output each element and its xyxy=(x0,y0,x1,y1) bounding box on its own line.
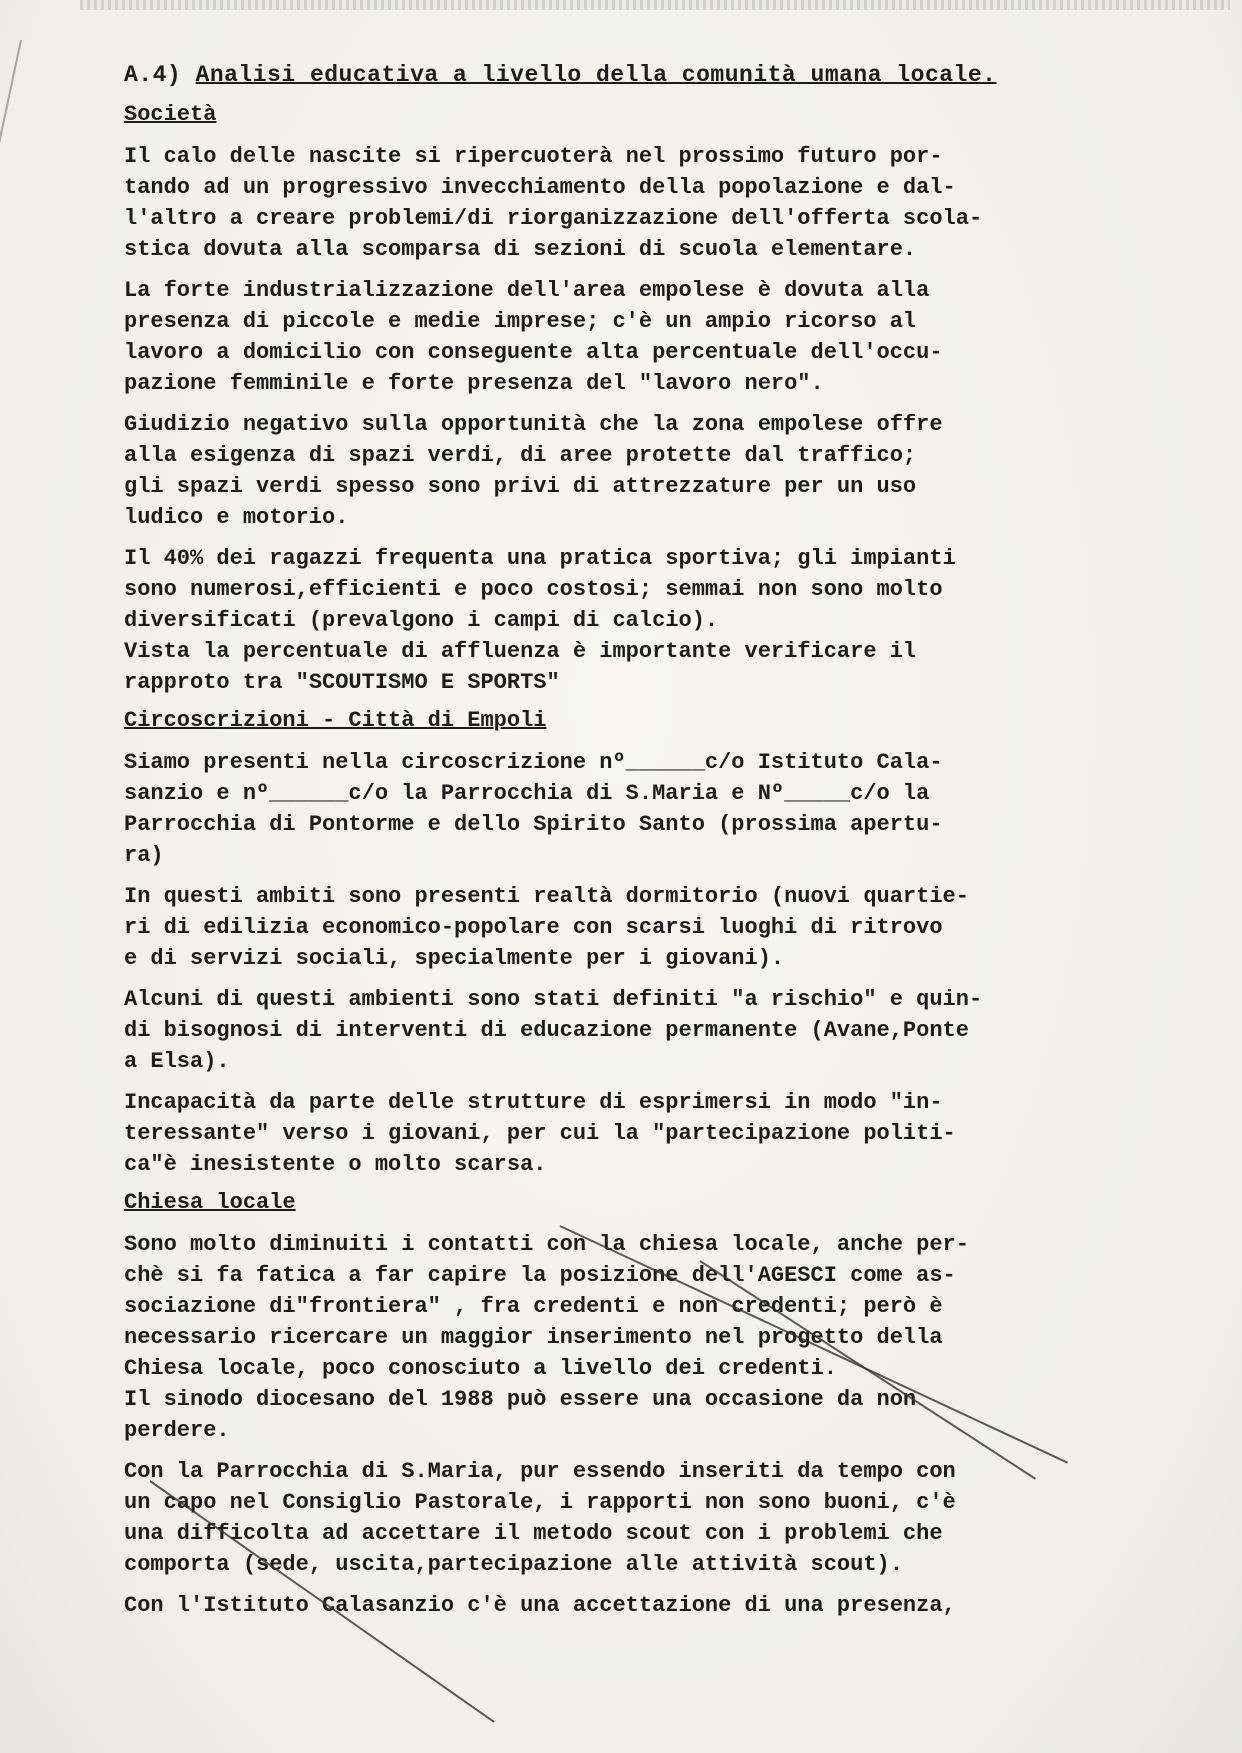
paragraph: In questi ambiti sono presenti realtà do… xyxy=(124,881,1120,974)
paragraph: Alcuni di questi ambienti sono stati def… xyxy=(124,984,1120,1077)
paragraph: Incapacità da parte delle strutture di e… xyxy=(124,1087,1120,1180)
scan-edge xyxy=(80,0,1230,10)
paragraph: Con la Parrocchia di S.Maria, pur essend… xyxy=(124,1456,1120,1580)
section-societa: Società Il calo delle nascite si ripercu… xyxy=(120,102,1120,698)
paragraph: La forte industrializzazione dell'area e… xyxy=(124,275,1120,399)
section-heading: Circoscrizioni - Città di Empoli xyxy=(124,708,546,733)
paragraph: Con l'Istituto Calasanzio c'è una accett… xyxy=(124,1590,1120,1621)
page-title: A.4) Analisi educativa a livello della c… xyxy=(124,62,1120,88)
paragraph: Il calo delle nascite si ripercuoterà ne… xyxy=(124,141,1120,265)
paragraph: Giudizio negativo sulla opportunità che … xyxy=(124,409,1120,533)
paragraph: Il 40% dei ragazzi frequenta una pratica… xyxy=(124,543,1120,698)
paragraph: Siamo presenti nella circoscrizione nº__… xyxy=(124,747,1120,871)
section-heading: Società xyxy=(124,102,216,127)
pencil-mark xyxy=(0,40,22,197)
title-prefix: A.4) xyxy=(124,62,181,88)
paragraph: Sono molto diminuiti i contatti con la c… xyxy=(124,1229,1120,1446)
scanned-page: A.4) Analisi educativa a livello della c… xyxy=(0,0,1242,1753)
section-circoscrizioni: Circoscrizioni - Città di Empoli Siamo p… xyxy=(120,708,1120,1180)
section-heading: Chiesa locale xyxy=(124,1190,296,1215)
title-text: Analisi educativa a livello della comuni… xyxy=(196,62,997,88)
document-body: A.4) Analisi educativa a livello della c… xyxy=(120,62,1120,1631)
